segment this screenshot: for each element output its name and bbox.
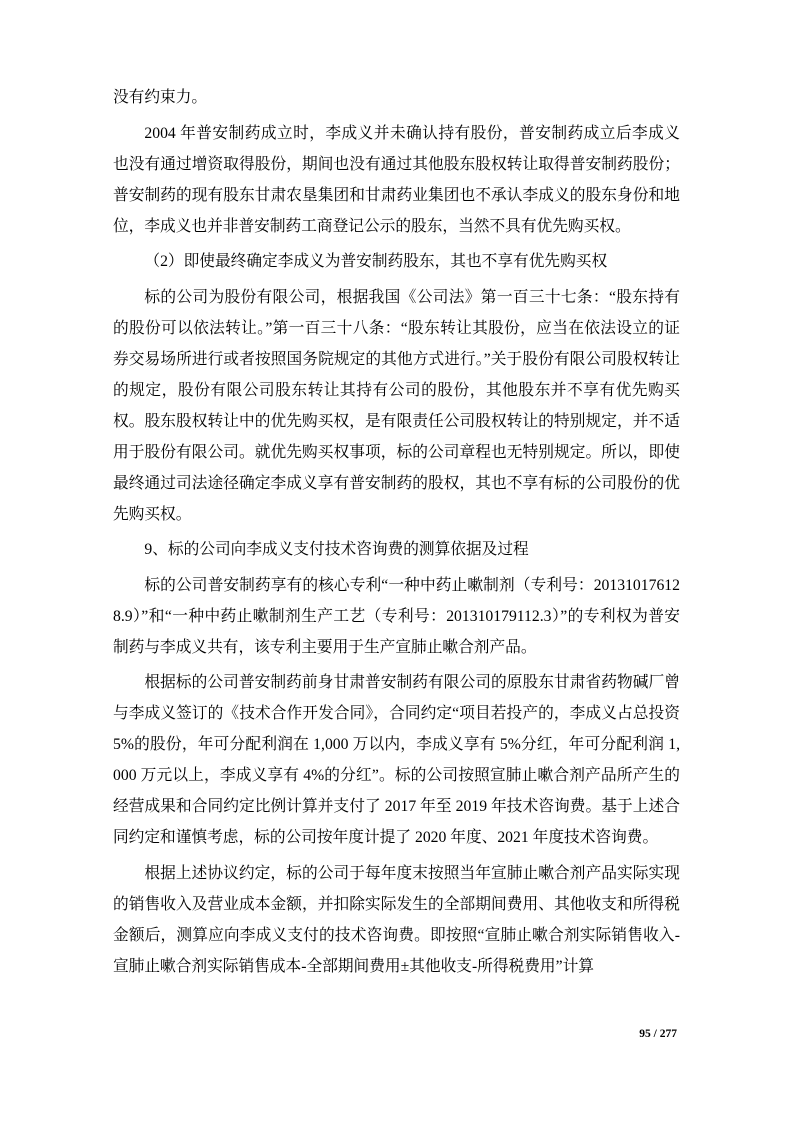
section-heading: 9、标的公司向李成义支付技术咨询费的测算依据及过程	[113, 534, 680, 565]
paragraph: 标的公司普安制药享有的核心专利“一种中药止嗽制剂（专利号：20131017612…	[113, 570, 680, 663]
subsection-heading: （2）即使最终确定李成义为普安制药股东，其也不享有优先购买权	[113, 246, 680, 277]
paragraph-continuation: 没有约束力。	[113, 82, 680, 113]
document-body: 没有约束力。 2004 年普安制药成立时，李成义并未确认持有股份，普安制药成立后…	[113, 82, 680, 982]
page-number: 95 / 277	[639, 1026, 677, 1042]
document-page: 没有约束力。 2004 年普安制药成立时，李成义并未确认持有股份，普安制药成立后…	[0, 0, 793, 1122]
paragraph: 根据标的公司普安制药前身甘肃普安制药有限公司的原股东甘肃省药物碱厂曾与李成义签订…	[113, 667, 680, 853]
paragraph: 标的公司为股份有限公司，根据我国《公司法》第一百三十七条：“股东持有的股份可以依…	[113, 282, 680, 530]
paragraph: 2004 年普安制药成立时，李成义并未确认持有股份，普安制药成立后李成义也没有通…	[113, 118, 680, 242]
paragraph: 根据上述协议约定，标的公司于每年度末按照当年宣肺止嗽合剂产品实际实现的销售收入及…	[113, 858, 680, 982]
